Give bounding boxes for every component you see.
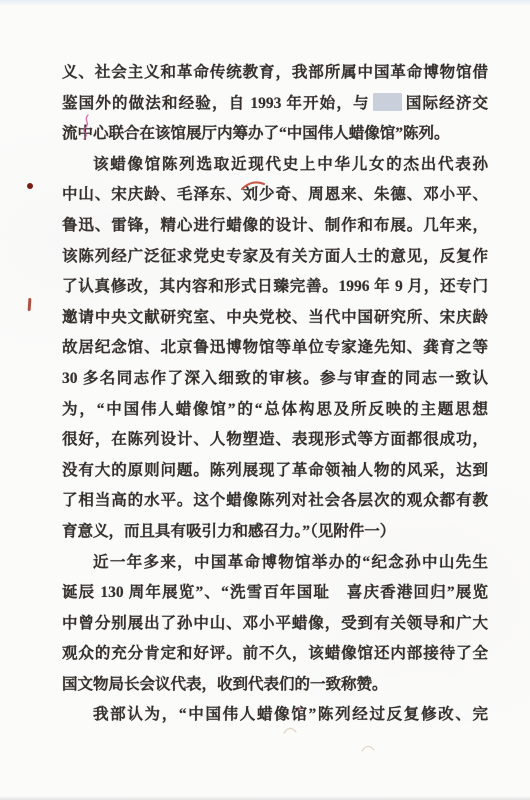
text-line: 义、社会主义和革命传统教育，我部所属中国革命博物馆借 <box>62 58 488 89</box>
text-line: 鲁迅、雷锋，精心进行蜡像的设计、制作和布展。几年来， <box>62 211 488 242</box>
text-line: 流中心联合在该馆展厅内筹办了“中国伟人蜡像馆”陈列。 <box>62 119 488 150</box>
document-text: 义、社会主义和革命传统教育，我部所属中国革命博物馆借鉴国外的做法和经验，自 19… <box>62 58 488 731</box>
tan-curl-ink-mark <box>361 744 375 753</box>
scan-edge-bottom <box>0 796 530 800</box>
text-line: 很好，在陈列设计、人物塑造、表现形式等方面都很成功， <box>62 425 488 456</box>
text-line: 中山、宋庆龄、毛泽东、刘少奇、周恩来、朱德、邓小平、 <box>62 180 488 211</box>
text-line: 我部认为，“中国伟人蜡像馆”陈列经过反复修改、完 <box>62 700 488 731</box>
text-line: 观众的充分肯定和好评。前不久，该蜡像馆还内部接待了全 <box>62 639 488 670</box>
text-line: 该陈列经广泛征求党史专家及有关方面人士的意见，反复作 <box>62 242 488 273</box>
red-dash-ink-mark <box>28 298 32 311</box>
text-line: 邀请中央文献研究室、中央党校、当代中国研究所、宋庆龄 <box>62 303 488 334</box>
text-line: 故居纪念馆、北京鲁迅博物馆等单位专家逄先知、龚育之等 <box>62 333 488 364</box>
text-line: 了认真修改，其内容和形式日臻完善。1996 年 9 月，还专门 <box>62 272 488 303</box>
text-line: 了相当高的水平。这个蜡像陈列对社会各层次的观众都有教 <box>62 486 488 517</box>
text-line: 为，“中国伟人蜡像馆”的“总体构思及所反映的主题思想 <box>62 395 488 426</box>
text-line: 30 多名同志作了深入细致的审核。参与审查的同志一致认 <box>62 364 488 395</box>
red-dot-ink-mark <box>27 183 33 189</box>
redacted-text-box <box>373 93 402 111</box>
text-line: 育意义，而且具有吸引力和感召力。”（见附件一） <box>62 517 488 548</box>
text-line: 国文物局长会议代表，收到代表们的一致称赞。 <box>62 670 488 701</box>
text-line: 诞辰 130 周年展览”、“洗雪百年国耻 喜庆香港回归”展览 <box>62 578 488 609</box>
scanned-page: 义、社会主义和革命传统教育，我部所属中国革命博物馆借鉴国外的做法和经验，自 19… <box>0 0 530 800</box>
text-line: 中曾分别展出了孙中山、邓小平蜡像，受到有关领导和广大 <box>62 609 488 640</box>
text-line: 鉴国外的做法和经验，自 1993 年开始，与国际经济交 <box>62 89 488 120</box>
scan-edge-top <box>0 0 530 6</box>
text-line: 该蜡像馆陈列选取近现代史上中华儿女的杰出代表孙 <box>62 150 488 181</box>
text-line: 没有大的原则问题。陈列展现了革命领袖人物的风采，达到 <box>62 456 488 487</box>
text-line: 近一年多来，中国革命博物馆举办的“纪念孙中山先生 <box>62 548 488 579</box>
